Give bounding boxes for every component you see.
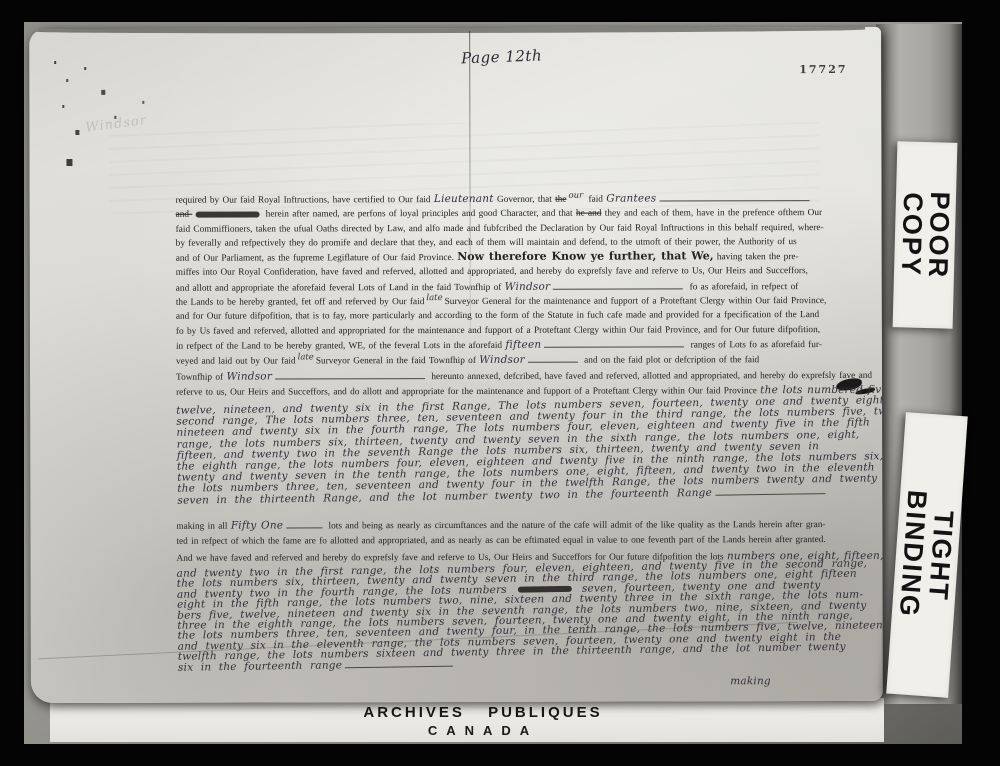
text-segment: Townfhip of	[176, 372, 226, 382]
handwritten-middle-block: twelve, nineteen, and twenty six in the …	[176, 395, 883, 506]
fill-rule	[659, 195, 809, 201]
text-segment: our	[568, 191, 583, 201]
text-segment: Windsor	[479, 354, 525, 366]
text-segment: late	[426, 293, 442, 303]
document-line: and of Our Parliament, as the fupreme Le…	[176, 249, 883, 266]
text-segment: the Lands to be hereby granted, fet off …	[176, 297, 425, 308]
fill-rule	[286, 522, 322, 528]
text-segment: herein after named, are perfons of loyal…	[262, 209, 576, 220]
document-text: required by Our faid Royal Inftructions,…	[176, 191, 883, 690]
text-segment: Windsor	[505, 281, 551, 293]
text-segment: he and	[576, 209, 602, 219]
text-segment: Windsor	[226, 370, 272, 382]
document-line: and herein after named, are perfons of l…	[176, 206, 883, 222]
document-line: miffes into Our Royal Confideration, hav…	[176, 264, 883, 280]
text-segment: miffes into Our Royal Confideration, hav…	[176, 267, 808, 279]
fill-rule	[544, 341, 684, 347]
archive-stamp: ARCHIVES PUBLIQUES CANADA	[66, 704, 900, 738]
document-page: Page 12th 17727 Windsor required by Our …	[29, 27, 883, 703]
text-segment: ted in refpect of which the fame are fo …	[176, 536, 825, 548]
text-segment: required by Our faid Royal Inftructions,…	[176, 195, 434, 206]
document-line: and for Our future difpofition, that is …	[176, 308, 883, 324]
text-segment: they and each of them, have in the prefe…	[601, 208, 822, 219]
text-segment: and on the faid plot or defcription of t…	[581, 355, 759, 365]
text-segment: Grantees	[606, 192, 656, 204]
signoff-block: making	[177, 671, 883, 690]
text-segment: hereunto annexed, defcribed, have faved …	[428, 370, 872, 381]
text-segment: faid	[585, 195, 606, 205]
scribble-strikeout	[195, 212, 259, 218]
text-segment: Fifty One	[231, 519, 283, 531]
text-segment: and	[176, 210, 193, 220]
text-segment: lots and being as nearly as circumftance…	[325, 520, 825, 531]
ink-specks	[54, 61, 56, 64]
text-segment: making in all	[176, 522, 230, 532]
archive-stamp-line2: CANADA	[66, 723, 900, 738]
document-line: in refpect of the Land to be hereby gran…	[176, 337, 883, 354]
archival-photo-frame: ARCHIVES PUBLIQUES CANADA Page 12th 1772…	[0, 0, 1000, 766]
page-top-edge	[35, 27, 865, 34]
document-line: ted in refpect of which the fame are fo …	[176, 533, 882, 550]
text-segment: and of Our Parliament, as the fupreme Le…	[176, 253, 458, 264]
document-line: required by Our faid Royal Inftructions,…	[176, 191, 883, 208]
text-segment: Governor, that	[494, 195, 556, 205]
document-line: making	[177, 672, 771, 691]
printed-upper-block: required by Our faid Royal Inftructions,…	[176, 191, 883, 400]
text-segment: having taken the pre-	[714, 252, 799, 262]
text-segment: and allott and appropriate the aforefaid…	[176, 283, 505, 294]
text-segment: fifteen	[505, 339, 541, 351]
fill-rule	[553, 283, 683, 289]
text-segment: six in the fourteenth range	[178, 659, 342, 673]
fill-rule	[715, 488, 825, 496]
text-segment: the	[555, 195, 566, 205]
document-line: Townfhip of Windsor hereunto annexed, de…	[176, 367, 883, 384]
text-segment: fo by Us faved and referved, allotted an…	[176, 325, 820, 337]
handwritten-lower-block: and twenty two in the first range, the l…	[177, 559, 883, 674]
fill-rule	[345, 661, 453, 669]
catalog-number: 17727	[799, 63, 847, 76]
text-segment: Surveyor General for the maintenance and…	[445, 296, 827, 307]
archive-stamp-line1: ARCHIVES PUBLIQUES	[66, 704, 900, 721]
text-segment: making	[730, 675, 771, 687]
text-segment: faid Commiffioners, taken the ufual Oath…	[176, 223, 824, 235]
fill-rule	[275, 373, 425, 379]
text-segment: ranges of Lots fo as aforefaid fur-	[687, 340, 822, 350]
document-line: making in all Fifty One lots and being a…	[176, 517, 882, 535]
page-number-annotation: Page 12th	[461, 46, 543, 67]
text-segment: Lieutenant	[434, 193, 494, 205]
document-line: veyed and laid out by Our faidlateSurvey…	[176, 352, 883, 369]
fill-rule	[528, 357, 578, 363]
text-segment: Now therefore Know ye further, that We,	[457, 250, 713, 264]
scribble-strikeout	[517, 586, 571, 593]
text-segment: by feverally and refpectively they do pr…	[176, 237, 797, 249]
text-segment: veyed and laid out by Our faid	[176, 357, 296, 367]
document-line: and allott and appropriate the aforefaid…	[176, 279, 883, 296]
text-segment: late	[298, 353, 314, 363]
text-segment: referve to us, Our Heirs and Succeffors,…	[176, 386, 760, 398]
poor-copy-label: POOR COPY	[893, 141, 958, 329]
text-segment: Surveyor General in the faid Townfhip of	[316, 356, 479, 366]
archive-stamp-strip: ARCHIVES PUBLIQUES CANADA	[50, 698, 884, 742]
text-segment: in refpect of the Land to be hereby gran…	[176, 341, 505, 352]
text-segment: and for Our future difpofition, that is …	[176, 310, 819, 322]
text-segment: fo as aforefaid, in refpect of	[686, 282, 798, 292]
